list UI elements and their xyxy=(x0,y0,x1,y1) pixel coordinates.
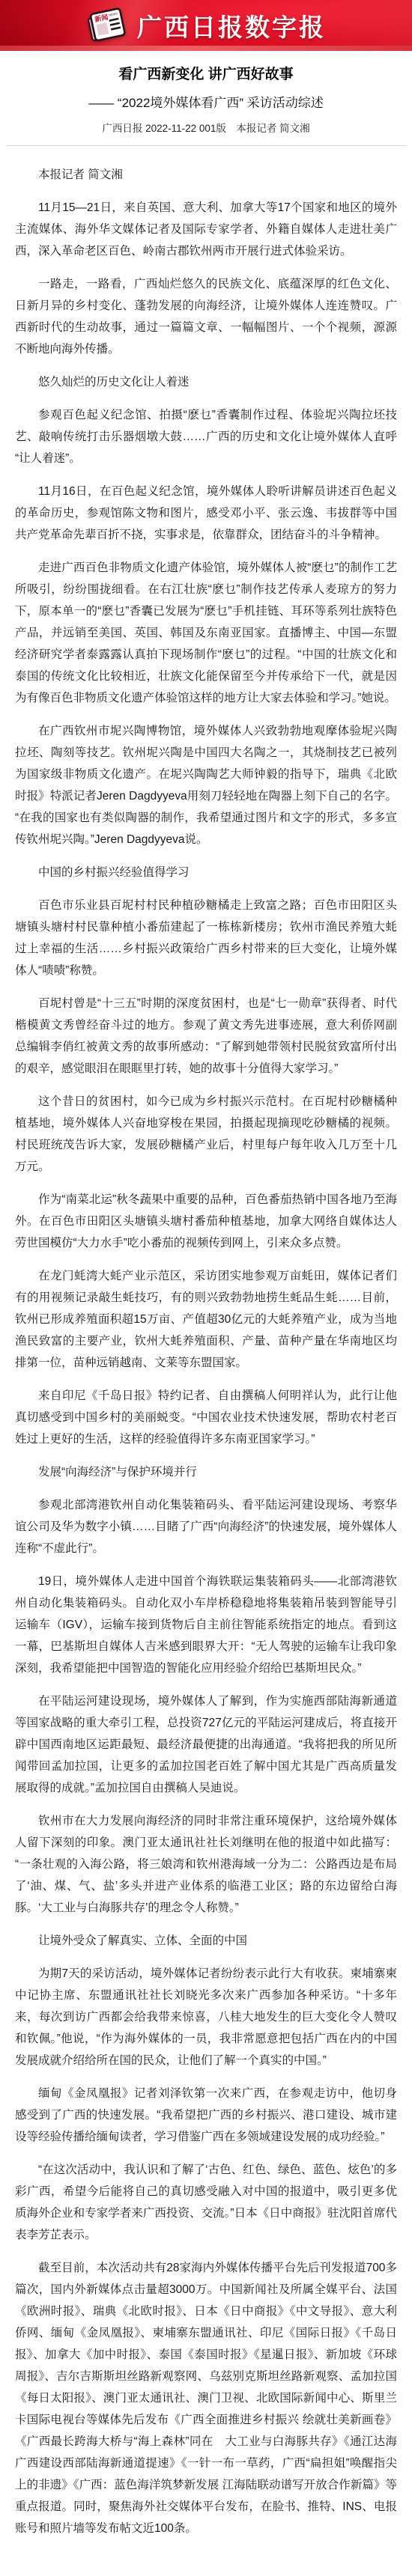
article-paragraph: “在这次活动中，我认识和了解了‘古色、红色、绿色、蓝色、炫色’的多彩广西，希望今… xyxy=(15,2159,397,2246)
article-paragraph: 截至目前，本次活动共有28家海内外媒体传播平台先后刊发报道700多篇次，国内外新… xyxy=(15,2257,397,2539)
article-paragraph: 在平陆运河建设现场，境外媒体人了解到，作为实施西部陆海新通道等国家战略的重大牵引… xyxy=(15,1690,397,1799)
article-paragraph: 11月16日，在百色起义纪念馆，境外媒体人聆听讲解员讲述百色起义的革命历史，参观… xyxy=(15,481,397,546)
divider xyxy=(6,145,406,146)
article-paragraph: 缅甸《金凤凰报》记者刘泽钦第一次来广西，在参观走访中，他切身感受到了广西的快速发… xyxy=(15,2083,397,2148)
article-body: 本报记者 简文湘11月15—21日，来自英国、意大利、加拿大等17个国家和地区的… xyxy=(0,164,412,2576)
article-paragraph: 参观百色起义纪念馆、拍摄“麽乜”香囊制作过程、体验坭兴陶拉坯技艺、敲响传统打击乐… xyxy=(15,404,397,469)
article-paragraph: 百色市乐业县百坭村村民种植砂糖橘走上致富之路；百色市田阳区头塘镇头塘村村民靠种植… xyxy=(15,895,397,981)
site-title: 广西日报数字报 xyxy=(137,8,326,43)
masthead-inner: 新闻 NEWS 广西日报数字报 xyxy=(0,0,412,51)
article-title: 看广西新变化 讲广西好故事 xyxy=(0,63,412,83)
article-paragraph: 一路走，一路看，广西灿烂悠久的民族文化、底蕴深厚的红色文化、日新月异的乡村变化、… xyxy=(15,273,397,360)
article-paragraph: 钦州市在大力发展向海经济的同时非常注重环境保护，这给境外媒体人留下深刻的印象。澳… xyxy=(15,1810,397,1919)
article-paragraph: 为期7天的采访活动，境外媒体记者纷纷表示此行大有收获。柬埔寨柬中记协主席、东盟通… xyxy=(15,1963,397,2071)
masthead-banner: 新闻 NEWS 广西日报数字报 xyxy=(0,0,412,51)
article-paragraph: 这个昔日的贫困村，如今已成为乡村振兴示范村。在百坭村砂糖橘种植基地，境外媒体人兴… xyxy=(15,1091,397,1178)
article-byline: 广西日报 2022-11-22 001版 本报记者 简文湘 xyxy=(0,120,412,135)
article-head: 看广西新变化 讲广西好故事 —— “2022境外媒体看广西” 采访活动综述 广西… xyxy=(0,51,412,135)
author-line: 本报记者 简文湘 xyxy=(15,164,397,186)
article-paragraph: 作为“南菜北运”秋冬蔬果中重要的品种，百色番茄热销中国各地乃至海外。在百色市田阳… xyxy=(15,1189,397,1254)
article-paragraph: 在龙门蚝湾大蚝产业示范区，采访团实地参观万亩蚝田，媒体记者们有的用视频记录敲生蚝… xyxy=(15,1265,397,1374)
article-paragraph: 走进广西百色非物质文化遗产体验馆，境外媒体人被“麽乜”的制作工艺所吸引，纷纷围拢… xyxy=(15,557,397,709)
section-heading: 悠久灿烂的历史文化让人着迷 xyxy=(15,371,397,393)
section-heading: 发展“向海经济”与保护环境并行 xyxy=(15,1461,397,1483)
article-paragraph: 来自印尼《千岛日报》特约记者、自由撰稿人何明祥认为，此行让他真切感受到中国乡村的… xyxy=(15,1385,397,1450)
article-paragraph: 19日，境外媒体人走进中国首个海铁联运集装箱码头——北部湾港钦州自动化集装箱码头… xyxy=(15,1571,397,1679)
article-paragraph: 百坭村曾是“十三五”时期的深度贫困村，也是“七一勋章”获得者、时代楷模黄文秀曾经… xyxy=(15,993,397,1080)
article-subtitle: —— “2022境外媒体看广西” 采访活动综述 xyxy=(0,92,412,111)
article-paragraph: 11月15—21日，来自英国、意大利、加拿大等17个国家和地区的境外主流媒体、海… xyxy=(15,197,397,262)
article-paragraph: 参观北部湾港钦州自动化集装箱码头、看平陆运河建设现场、考察华谊公司及华为数字小镇… xyxy=(15,1494,397,1559)
article-paragraph: 在广西钦州市坭兴陶博物馆，境外媒体人兴致勃勃地观摩体验坭兴陶拉坯、陶刻等技艺。钦… xyxy=(15,720,397,850)
newspaper-icon: 新闻 NEWS xyxy=(86,6,128,45)
section-heading: 中国的乡村振兴经验值得学习 xyxy=(15,862,397,883)
digital-paper-page: 新闻 NEWS 广西日报数字报 看广西新变化 讲广西好故事 —— “2022境外… xyxy=(0,0,412,2576)
